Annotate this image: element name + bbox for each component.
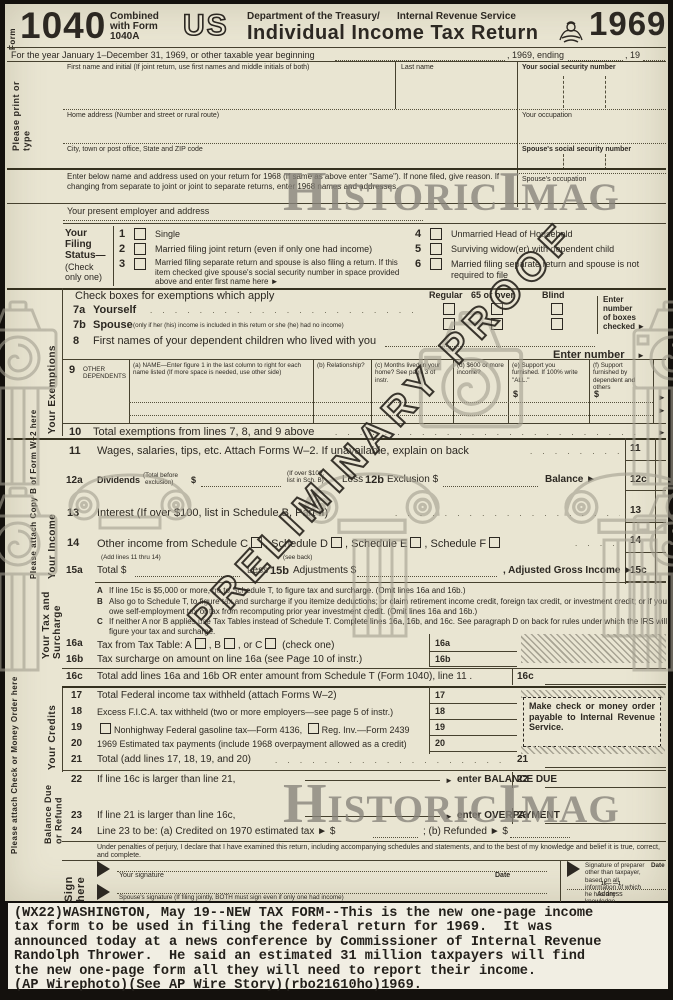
attach-check-label: Please attach Check or Money Order here	[10, 594, 20, 854]
schedule-c-checkbox	[251, 537, 262, 548]
address-label: Address	[597, 891, 623, 899]
line7b-note: (only if her (his) income is included in…	[133, 322, 423, 329]
tax-year: 1969	[589, 5, 666, 43]
irs-label: Internal Revenue Service	[397, 11, 516, 22]
line20-amount-box: 20	[435, 738, 445, 749]
your-signature-label: Your signature	[119, 872, 164, 880]
col-regular: Regular	[429, 290, 463, 301]
filing-6-label: Married filing separate return and spous…	[451, 259, 669, 280]
line15c-amount-box: 15c	[630, 565, 647, 576]
overpayment-label: enter OVERPAYMENT	[457, 810, 560, 821]
reg-inv-checkbox	[308, 723, 319, 734]
your-credits-label: Your Credits	[47, 692, 58, 770]
prior-return-label: Enter below name and address used on you…	[67, 172, 512, 191]
filing-2-num: 2	[119, 243, 125, 255]
line16c-label: Total add lines 16a and 16b OR enter amo…	[97, 671, 472, 682]
dep-col-b: (b) Relationship?	[317, 362, 367, 369]
arrow-icon: ►	[445, 777, 453, 785]
filing-3-label: Married filing separate return and spous…	[155, 258, 405, 287]
note-a: If line 15c is $5,000 or more, go to Sch…	[109, 586, 665, 596]
line24a-label: Line 23 to be: (a) Credited on 1970 esti…	[97, 826, 335, 837]
line17-num: 17	[71, 690, 82, 701]
line16c-amount-box: 16c	[517, 671, 534, 682]
line16b-label: Tax surcharge on amount on line 16a (see…	[97, 654, 362, 665]
form-paper: Form 1040 Combined with Form 1040A US De…	[5, 4, 668, 901]
7b-65-checkbox	[491, 318, 503, 330]
city-label: City, town or post office, State and ZIP…	[67, 146, 203, 154]
year-line-c: , 19	[625, 50, 640, 61]
line16a-part: Tax from Tax Table: A	[97, 640, 192, 651]
line7b-label: Spouse	[93, 319, 133, 331]
last-name-label: Last name	[401, 64, 434, 72]
home-address-label: Home address (Number and street or rural…	[67, 112, 219, 120]
agi-label: , Adjusted Gross Income ►	[503, 565, 633, 576]
line20-num: 20	[71, 738, 82, 749]
date-label: Date	[651, 862, 665, 869]
line15b-label: Less	[247, 565, 268, 576]
caption-line: announced today at a news conference by …	[14, 936, 668, 950]
first-name-label: First name and initial (If joint return,…	[67, 64, 387, 72]
filing-heading: only one)	[65, 272, 102, 283]
line11-amount-box: 11	[630, 443, 641, 454]
caption-line: (AP Wirephoto)(See AP Wire Story)(rbo216…	[14, 979, 668, 993]
line8-num: 8	[73, 335, 79, 347]
check-box-hatch	[521, 746, 665, 754]
dept-slash: /	[377, 11, 380, 22]
arrow-icon: ►	[658, 394, 666, 402]
filing-2-checkbox	[134, 243, 146, 255]
see-back-note: (see back)	[283, 554, 312, 561]
7b-regular-checkbox	[443, 318, 455, 330]
attach-w2-label: Please attach Copy B of Form W–2 here	[29, 294, 39, 579]
line16b-amount-box: 16b	[435, 654, 451, 665]
line11-num: 11	[69, 445, 81, 457]
line17-label: Total Federal income tax withheld (attac…	[97, 690, 337, 701]
dollar-sign: $	[594, 389, 599, 400]
line15a-label: Total $	[97, 565, 126, 576]
us-lettering: US	[183, 9, 229, 43]
filing-5-checkbox	[430, 243, 442, 255]
line7b-num: 7b	[73, 319, 86, 331]
form-code: 16— —1	[601, 881, 621, 887]
filing-1-checkbox	[134, 228, 146, 240]
line16c-num: 16c	[66, 671, 83, 682]
filing-1-label: Single	[155, 229, 180, 240]
exemptions-heading: Check boxes for exemptions which apply	[75, 290, 274, 302]
7a-blind-checkbox	[551, 303, 563, 315]
line20-label: 1969 Estimated tax payments (include 196…	[97, 739, 407, 750]
arrow-icon: ►	[658, 429, 666, 437]
line19-label: Nonhighway Federal gasoline tax—Form 413…	[97, 723, 410, 736]
press-caption: (WX22)WASHINGTON, May 19--NEW TAX FORM--…	[8, 903, 668, 989]
caption-line: the new one-page form all they will need…	[14, 965, 668, 979]
line23-label: If line 21 is larger than line 16c,	[97, 810, 235, 821]
line16a-part: , B	[209, 640, 221, 651]
spouse-ssn-label: Spouse's social security number	[522, 146, 631, 154]
7b-blind-checkbox	[551, 318, 563, 330]
dept-label: Department of the Treasury	[247, 11, 377, 22]
line9-num: 9	[69, 364, 75, 376]
ssn-divider	[605, 76, 606, 108]
balance-due-label: enter BALANCE DUE	[457, 774, 557, 785]
filing-heading: Status—	[65, 250, 106, 261]
filing-heading: Your	[65, 228, 87, 239]
line12b-num: 12b	[365, 474, 384, 486]
line16a-num: 16a	[66, 638, 83, 649]
line7a-label: Yourself	[93, 304, 136, 316]
caption-line: Randolph Thrower. He said an estimated 3…	[14, 950, 668, 964]
dep-col-c: (c) Months lived in your home? See page …	[375, 362, 449, 384]
line23-amount-box: 23	[517, 810, 528, 821]
line18-label: Excess F.I.C.A. tax withheld (two or mor…	[97, 707, 393, 718]
schedule-d-checkbox	[331, 537, 342, 548]
line10-label: Total exemptions from lines 7, 8, and 9 …	[93, 426, 314, 438]
line24-num: 24	[71, 826, 82, 837]
filing-1-num: 1	[119, 228, 125, 240]
ssn-label: Your social security number	[522, 64, 616, 72]
line24b-label: ; (b) Refunded ► $	[423, 826, 508, 837]
arrow-icon: ►	[658, 407, 666, 415]
line19-num: 19	[71, 722, 82, 733]
line13-amount-box: 13	[630, 505, 641, 516]
signature-arrow-icon	[567, 861, 580, 877]
line16a-part: (check one)	[282, 640, 334, 651]
make-check-text: Make check or money order payable to Int…	[529, 701, 655, 733]
caption-line: (WX22)WASHINGTON, May 19--NEW TAX FORM--…	[14, 907, 668, 921]
perjury-statement: Under penalties of perjury, I declare th…	[97, 844, 667, 860]
spouse-occupation-label: Spouse's occupation	[522, 176, 586, 184]
filing-3-num: 3	[119, 258, 125, 270]
employer-label: Your present employer and address	[67, 206, 209, 217]
line12a-num: 12a	[66, 475, 83, 486]
spouse-signature-label: Spouse's signature (If filing jointly, B…	[119, 894, 344, 901]
your-income-label: Your Income	[47, 449, 58, 579]
signature-arrow-icon	[97, 861, 110, 877]
line14-label: Other income from Schedule C, Schedule D…	[97, 537, 503, 550]
line16a-amount-box: 16a	[435, 638, 450, 649]
ssn-divider	[563, 76, 564, 108]
line18-num: 18	[71, 706, 82, 717]
line16a-label: Tax from Tax Table: A, B, or C (check on…	[97, 638, 334, 651]
line17-amount-box: 17	[435, 690, 445, 701]
line15a-num: 15a	[66, 565, 83, 576]
sign-here-label: Sign here	[63, 860, 89, 902]
line16a-part: , or C	[238, 640, 262, 651]
7a-regular-checkbox	[443, 303, 455, 315]
line21-label: Total (add lines 17, 18, 19, and 20)	[97, 754, 251, 765]
dep-col-f: (f) Support furnished by dependent and o…	[593, 362, 649, 391]
filing-3-checkbox	[134, 258, 146, 270]
dep-col-e: (e) Support you furnished. If 100% write…	[512, 362, 584, 384]
note-b: Also go to Schedule T, to figure tax and…	[109, 597, 669, 616]
7a-65-checkbox	[491, 303, 503, 315]
line22-label: If line 16c is larger than line 21,	[97, 774, 235, 785]
line12a-label: Dividends	[97, 475, 140, 486]
occupation-label: Your occupation	[522, 112, 572, 120]
form-title: Individual Income Tax Return	[247, 22, 538, 45]
balance-refund-label: Balance Due or Refund	[43, 776, 67, 844]
filing-5-num: 5	[415, 243, 421, 255]
line22-amount-box: 22	[517, 774, 528, 785]
filing-6-checkbox	[430, 258, 442, 270]
year-line-b: , 1969, ending	[507, 50, 564, 61]
dollar-sign: $	[191, 475, 196, 486]
balance-arrow-label: Balance ►	[545, 474, 596, 485]
line10-num: 10	[69, 426, 81, 438]
filing-4-num: 4	[415, 228, 421, 240]
filing-heading: (Check	[65, 262, 94, 273]
schedule-f-checkbox	[489, 537, 500, 548]
line11-label: Wages, salaries, tips, etc. Attach Forms…	[97, 445, 469, 457]
line7a-num: 7a	[73, 304, 85, 316]
print-or-type-label: Please print or type	[11, 66, 32, 151]
line14-amount-box: 14	[630, 535, 641, 546]
dep-col-d: (d) $600 or more income?	[457, 362, 505, 377]
filing-6-num: 6	[415, 258, 421, 270]
line23-num: 23	[71, 810, 82, 821]
line13-num: 13	[67, 507, 79, 519]
line14-part: , Schedule E	[345, 538, 407, 550]
col-blind: Blind	[542, 290, 565, 301]
line14-part: , Schedule D	[265, 538, 328, 550]
line13-label: Interest (If over $100, list in Schedule…	[97, 507, 328, 519]
caption-line: tax form to be used in filing the federa…	[14, 921, 668, 935]
table-c-checkbox	[265, 638, 276, 649]
line8-label: First names of your dependent children w…	[93, 335, 376, 347]
form-number: 1040	[20, 5, 106, 47]
line12b-label: Less	[342, 474, 363, 485]
line12a-note: exclusion)	[145, 479, 173, 486]
line12a-note: list in Sch. B)	[287, 477, 324, 484]
your-tax-label: Your Tax and Surcharge	[41, 564, 65, 659]
filing-4-label: Unmarried Head of Household	[451, 229, 573, 240]
filing-5-label: Surviving widow(er) with dependent child	[451, 244, 614, 255]
add-lines-note: (Add lines 11 thru 14)	[101, 554, 161, 561]
filing-4-checkbox	[430, 228, 442, 240]
schedule-e-checkbox	[410, 537, 421, 548]
line12b-label: Exclusion $	[387, 474, 438, 485]
note-c-num: C	[97, 617, 103, 627]
line14-part: Other income from Schedule C	[97, 538, 248, 550]
line16b-num: 16b	[66, 654, 83, 665]
line14-part: , Schedule F	[424, 538, 486, 550]
note-b-num: B	[97, 597, 103, 607]
make-check-note: Make check or money order payable to Int…	[523, 697, 661, 747]
combined-l3: 1040A	[110, 31, 139, 42]
table-b-checkbox	[224, 638, 235, 649]
line15b-label: Adjustments $	[293, 565, 356, 576]
line14-num: 14	[67, 537, 79, 549]
date-label: Date	[495, 872, 510, 880]
note-a-num: A	[97, 586, 103, 596]
line22-num: 22	[71, 774, 82, 785]
gasoline-tax-checkbox	[100, 723, 111, 734]
form-word: Form	[8, 14, 18, 50]
arrow-icon: ►	[445, 813, 453, 821]
table-a-checkbox	[195, 638, 206, 649]
your-exemptions-label: Your Exemptions	[47, 299, 58, 434]
enter-boxes: checked ►	[603, 322, 645, 332]
year-line-a: For the year January 1–December 31, 1969…	[11, 50, 315, 61]
dollar-sign: $	[513, 389, 518, 400]
line19-part: Reg. Inv.—Form 2439	[322, 725, 410, 735]
line21-amount-box: 21	[517, 754, 528, 765]
signature-arrow-icon	[97, 884, 110, 900]
eagle-icon	[556, 18, 586, 46]
line15b-num: 15b	[270, 565, 289, 577]
filing-2-label: Married filing joint return (even if onl…	[155, 244, 372, 255]
line12c-amount-box: 12c	[630, 474, 647, 485]
col-65: 65 or over	[471, 290, 514, 301]
dep-col-a: (a) NAME—Enter figure 1 in the last colu…	[133, 362, 305, 377]
filing-heading: Filing	[65, 239, 92, 250]
line18-amount-box: 18	[435, 706, 445, 717]
line19-part: Nonhighway Federal gasoline tax—Form 413…	[114, 725, 302, 735]
shaded-area	[521, 634, 666, 663]
line21-num: 21	[71, 754, 82, 765]
line19-amount-box: 19	[435, 722, 445, 733]
line9-label: DEPENDENTS	[83, 373, 126, 380]
